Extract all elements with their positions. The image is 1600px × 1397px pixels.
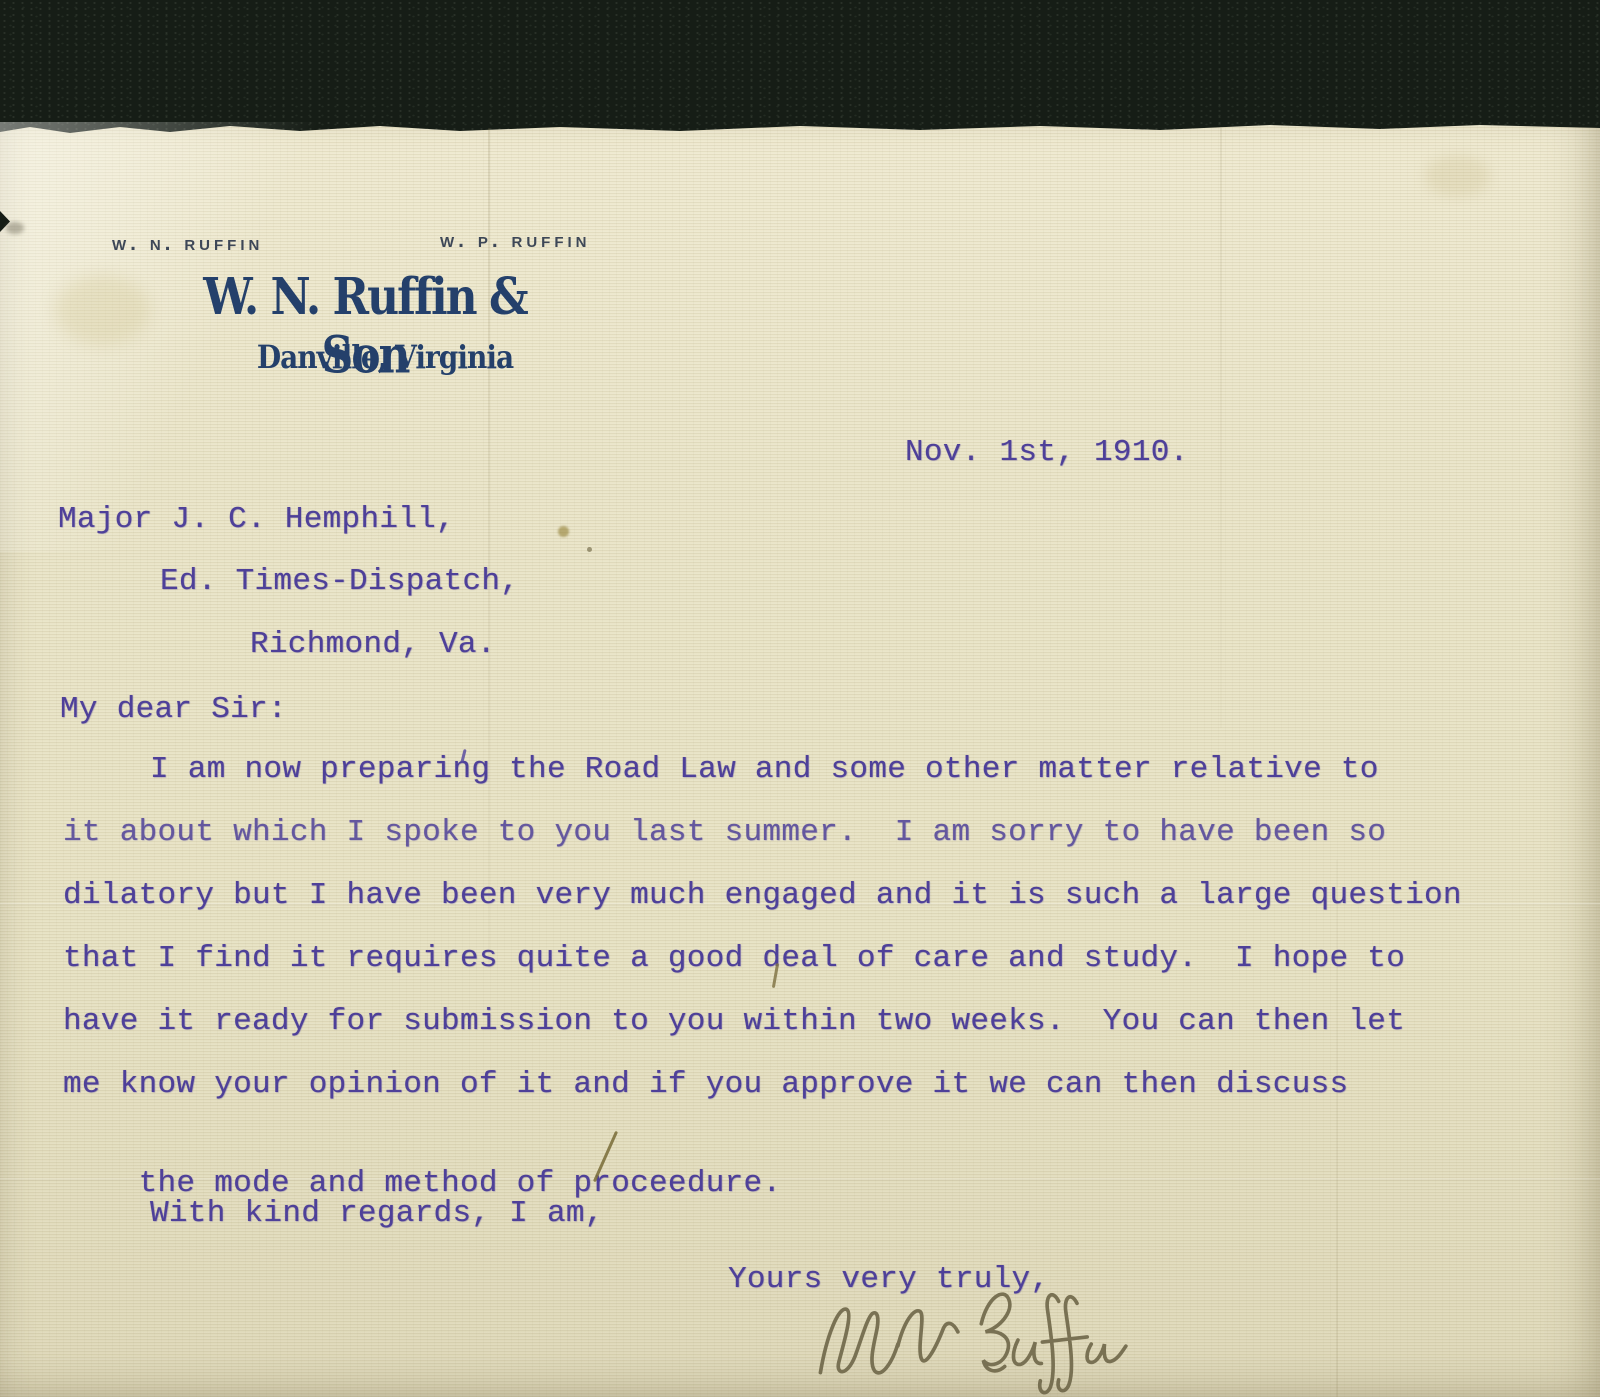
date-line: Nov. 1st, 1910. (905, 435, 1189, 471)
body-line: dilatory but I have been very much engag… (63, 878, 1462, 914)
recipient-line: Richmond, Va. (250, 627, 496, 663)
body-line-last-post: dure. (687, 1166, 782, 1201)
body-line: me know your opinion of it and if you ap… (63, 1067, 1348, 1103)
signature (800, 1283, 1130, 1395)
body-line: have it ready for submission to you with… (63, 1004, 1405, 1040)
recipient-line: Ed. Times-Dispatch, (160, 564, 519, 600)
letterhead-company-location: Danville, Virginia (185, 338, 585, 376)
letterhead-principal-right: W. P. Ruffin (440, 229, 591, 253)
body-line: that I find it requires quite a good dea… (63, 941, 1405, 977)
body-line: I am now preparing the Road Law and some… (150, 752, 1379, 788)
recipient-line: Major J. C. Hemphill, (58, 502, 455, 538)
letterhead-principal-left: W. N. Ruffin (112, 232, 263, 256)
body-line: it about which I spoke to you last summe… (63, 815, 1386, 851)
body-line-last-struck: e (668, 1166, 687, 1201)
closing-line: With kind regards, I am, (150, 1196, 604, 1232)
scanned-letter-photo: W. N. Ruffin W. P. Ruffin W. N. Ruffin &… (0, 0, 1600, 1397)
signature-stroke (820, 1294, 1125, 1392)
salutation: My dear Sir: (60, 692, 287, 728)
